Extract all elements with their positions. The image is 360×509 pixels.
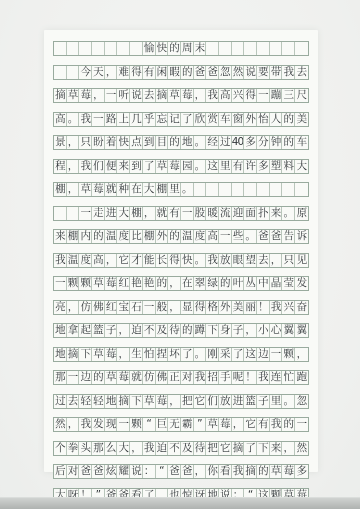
grid-cell: ， [105, 254, 118, 267]
grid-cell: 大 [117, 207, 130, 220]
grid-cell: “ [156, 465, 169, 478]
grid-cell: 的 [168, 230, 181, 243]
grid-cell: 一 [270, 348, 283, 361]
grid-cell: 40 [232, 136, 245, 149]
grid-cell: 快 [181, 254, 194, 267]
grid-cell: 边 [79, 371, 92, 384]
grid-cell: 。 [194, 160, 207, 173]
grid-cell [295, 42, 308, 55]
grid-cell: 刚 [206, 348, 219, 361]
grid-cell: 手 [219, 371, 232, 384]
grid-cell: 发 [295, 277, 308, 290]
grid-cell: 仿 [79, 301, 92, 314]
grid-cell: 里 [270, 395, 283, 408]
grid-cell: 招 [206, 371, 219, 384]
grid-cell: 炫 [105, 465, 118, 478]
grid-cell: 棚 [143, 230, 156, 243]
grid-cell: 草 [270, 465, 283, 478]
grid-cell: 的 [282, 418, 295, 431]
grid-cell: 小 [257, 324, 270, 337]
grid-cell: 轻 [92, 395, 105, 408]
grid-cell: 这 [206, 160, 219, 173]
grid-cell: 佛 [92, 301, 105, 314]
grid-cell: 起 [79, 324, 92, 337]
grid-cell: 爸 [92, 465, 105, 478]
grid-cell: 中 [257, 277, 270, 290]
grid-cell: 放 [219, 254, 232, 267]
grid-cell: 子 [257, 395, 270, 408]
grid-cell [244, 42, 257, 55]
grid-cell: 一 [295, 418, 308, 431]
grid-cell: ， [232, 418, 245, 431]
grid-cell: ， [143, 207, 156, 220]
grid-cell: 我 [194, 371, 207, 384]
grid-cell: 身 [219, 324, 232, 337]
grid-cell: 记 [168, 113, 181, 126]
grid-cell: 对 [181, 371, 194, 384]
grid-cell: 外 [219, 301, 232, 314]
grid-cell: 莓 [156, 395, 169, 408]
grid-cell: 我 [270, 301, 283, 314]
grid-cell: 这 [244, 348, 257, 361]
grid-cell: 愉 [143, 42, 156, 55]
grid-cell: 待 [168, 324, 181, 337]
grid-cell: 大 [143, 183, 156, 196]
grid-cell: 得 [194, 301, 207, 314]
grid-cell: 一 [219, 230, 232, 243]
grid-cell: 颗 [67, 277, 80, 290]
grid-cell: 塑 [270, 160, 283, 173]
grid-cell: 去 [257, 254, 270, 267]
grid-cell: 兴 [282, 301, 295, 314]
grid-cell: 然 [295, 442, 308, 455]
grid-cell: 无 [168, 418, 181, 431]
grid-cell: 有 [257, 418, 270, 431]
grid-cell: ， [130, 442, 143, 455]
grid-cell: 得 [168, 254, 181, 267]
grid-cell: 股 [194, 207, 207, 220]
grid-cell: 度 [79, 254, 92, 267]
grid-cell: 摘 [67, 348, 80, 361]
grid-cell: 长 [156, 254, 169, 267]
grid-cell: 不 [143, 324, 156, 337]
grid-cell: 颗 [130, 418, 143, 431]
essay-text-row: 景，只盼着快点到目的地。经过40多分钟的车 [53, 135, 309, 150]
grid-cell: 把 [181, 395, 194, 408]
grid-cell: 着 [105, 136, 118, 149]
grid-cell: 莓 [79, 89, 92, 102]
grid-cell [206, 42, 219, 55]
photo-bottom-edge [0, 497, 360, 509]
grid-cell: 正 [168, 371, 181, 384]
grid-cell: 那 [54, 371, 67, 384]
grid-cell [105, 42, 118, 55]
essay-text-row: 一颗颗草莓红艳艳的，在翠绿的叶丛中晶莹发 [53, 276, 309, 291]
grid-cell: 钟 [270, 136, 283, 149]
grid-cell: 度 [117, 230, 130, 243]
grid-cell: 下 [130, 395, 143, 408]
grid-cell: 目 [156, 136, 169, 149]
grid-cell: 草 [105, 371, 118, 384]
grid-cell: 迫 [130, 324, 143, 337]
grid-cell: 有 [143, 66, 156, 79]
grid-cell: 拿 [67, 324, 80, 337]
grid-cell: 车 [219, 113, 232, 126]
grid-cell: 草 [79, 183, 92, 196]
grid-cell: 大 [117, 442, 130, 455]
grid-cell: 到 [130, 160, 143, 173]
grid-cell: 然 [232, 66, 245, 79]
grid-cell: 外 [244, 113, 257, 126]
grid-cell: 来 [54, 230, 67, 243]
grid-cell [206, 183, 219, 196]
grid-cell: 只 [282, 254, 295, 267]
grid-cell: 在 [181, 277, 194, 290]
grid-cell: 爸 [79, 465, 92, 478]
grid-cell: 采 [219, 348, 232, 361]
essay-text-row: 一走进大棚，就有一股暖流迎面扑来。原 [53, 206, 309, 221]
grid-cell: 尺 [295, 89, 308, 102]
grid-cell: 及 [181, 442, 194, 455]
grid-cell [244, 183, 257, 196]
grid-cell: 草 [92, 277, 105, 290]
grid-cell: 待 [194, 442, 207, 455]
grid-cell: 佛 [156, 371, 169, 384]
grid-cell: ， [194, 89, 207, 102]
grid-cell: 乎 [143, 113, 156, 126]
grid-cell: 头 [79, 442, 92, 455]
grid-cell: 难 [117, 66, 130, 79]
grid-cell: 内 [79, 230, 92, 243]
grid-cell: 见 [295, 254, 308, 267]
grid-cell: 拳 [67, 442, 80, 455]
grid-cell: ， [67, 418, 80, 431]
grid-cell: 忙 [282, 371, 295, 384]
grid-cell: 的 [181, 324, 194, 337]
grid-cell: 连 [270, 371, 283, 384]
grid-cell: 过 [219, 136, 232, 149]
grid-cell: 一 [143, 301, 156, 314]
grid-cell: 暖 [206, 207, 219, 220]
grid-cell: 的 [92, 371, 105, 384]
grid-cell: ， [105, 66, 118, 79]
grid-cell: 下 [79, 348, 92, 361]
grid-cell: 丛 [244, 277, 257, 290]
grid-cell: 它 [194, 395, 207, 408]
essay-text-row: 棚，草莓就种在大棚里。 [53, 182, 309, 197]
grid-cell: 我 [143, 442, 156, 455]
grid-cell: 忘 [156, 113, 169, 126]
grid-cell: 才 [130, 254, 143, 267]
grid-cell: 草 [206, 418, 219, 431]
grid-cell: 摘 [156, 89, 169, 102]
grid-cell: 边 [257, 348, 270, 361]
grid-cell: 人 [270, 113, 283, 126]
grid-cell: 进 [105, 207, 118, 220]
grid-cell: 度 [194, 230, 207, 243]
grid-cell: 石 [130, 301, 143, 314]
grid-cell: 巨 [156, 418, 169, 431]
grid-cell: 几 [130, 113, 143, 126]
grid-cell [257, 42, 270, 55]
grid-cell: 绿 [206, 277, 219, 290]
grid-cell: 大 [295, 160, 308, 173]
grid-cell: 眼 [232, 254, 245, 267]
grid-cell: 路 [105, 113, 118, 126]
grid-cell: 颗 [79, 277, 92, 290]
grid-cell: 莓 [92, 183, 105, 196]
grid-cell: 般 [156, 301, 169, 314]
essay-text-row: 程，我们便来到了草莓园。这里有许多塑料大 [53, 159, 309, 174]
grid-cell: 怡 [257, 113, 270, 126]
grid-cell: 了 [232, 348, 245, 361]
grid-cell: 的 [92, 230, 105, 243]
grid-cell: ： [143, 465, 156, 478]
grid-cell: 快 [156, 42, 169, 55]
grid-cell: 来 [270, 207, 283, 220]
grid-cell: 的 [168, 42, 181, 55]
essay-text-row: 过去轻轻地摘下草莓，把它们放进篮子里。忽 [53, 394, 309, 409]
grid-cell: 莓 [219, 418, 232, 431]
grid-cell: ， [295, 348, 308, 361]
grid-cell: 说 [130, 465, 143, 478]
grid-cell: 叶 [232, 277, 245, 290]
grid-cell: 子 [232, 324, 245, 337]
grid-cell: 点 [130, 136, 143, 149]
grid-cell: ！ [257, 301, 270, 314]
grid-cell: 了 [244, 442, 257, 455]
grid-cell: 现 [105, 418, 118, 431]
grid-cell: 下 [257, 442, 270, 455]
grid-cell: 美 [295, 113, 308, 126]
grid-cell: 它 [244, 418, 257, 431]
photo-background: 愉快的周末今天，难得有闲暇的爸爸忽然说要带我去摘草莓，一听说去摘草莓，我高兴得一… [0, 0, 360, 509]
grid-cell: 棚 [130, 207, 143, 220]
grid-cell: 去 [295, 66, 308, 79]
grid-cell: 来 [270, 442, 283, 455]
grid-cell: 走 [92, 207, 105, 220]
grid-cell: 一 [257, 89, 270, 102]
grid-cell: 快 [117, 136, 130, 149]
grid-cell [54, 42, 67, 55]
grid-cell: 的 [181, 66, 194, 79]
grid-cell: ， [117, 348, 130, 361]
grid-cell: 料 [282, 160, 295, 173]
grid-cell: 爸 [181, 465, 194, 478]
grid-cell: 。 [282, 395, 295, 408]
grid-cell: 晶 [270, 277, 283, 290]
grid-cell: 程 [54, 160, 67, 173]
grid-cell: 迫 [156, 442, 169, 455]
essay-text-row: 后对爸爸炫耀说：“爸爸，你看我摘的草莓多 [53, 464, 309, 479]
grid-cell: 后 [54, 465, 67, 478]
grid-cell: 呢 [232, 371, 245, 384]
grid-cell: 子 [105, 324, 118, 337]
grid-cell: 忽 [219, 66, 232, 79]
grid-cell: 亮 [54, 301, 67, 314]
grid-cell: 的 [282, 113, 295, 126]
grid-cell: 发 [92, 418, 105, 431]
grid-cell: 棚 [67, 230, 80, 243]
essay-text-row: 地摘下草莓，生怕捏坏了。刚采了这边一颗， [53, 347, 309, 362]
grid-cell: 放 [219, 395, 232, 408]
grid-cell: 的 [257, 465, 270, 478]
grid-cell [67, 42, 80, 55]
grid-cell: 我 [206, 254, 219, 267]
grid-cell: 一 [92, 113, 105, 126]
grid-cell [67, 207, 80, 220]
essay-text-row: 那一边的草莓就仿佛正对我招手呢！我连忙跑 [53, 370, 309, 385]
grid-cell: 外 [156, 230, 169, 243]
grid-cell [232, 42, 245, 55]
grid-cell [194, 183, 207, 196]
grid-cell: 莹 [282, 277, 295, 290]
grid-cell: 一 [105, 89, 118, 102]
grid-cell: 。 [194, 348, 207, 361]
grid-cell: 一 [54, 277, 67, 290]
grid-cell: 一 [67, 371, 80, 384]
grid-cell: 莓 [117, 371, 130, 384]
grid-cell: 翼 [282, 324, 295, 337]
grid-cell: 篮 [244, 395, 257, 408]
grid-cell: 里 [168, 183, 181, 196]
grid-cell: 然 [54, 418, 67, 431]
grid-cell: 过 [54, 395, 67, 408]
grid-cell: 。 [67, 113, 80, 126]
grid-cell [219, 183, 232, 196]
grid-cell: 我 [282, 66, 295, 79]
grid-cell: 得 [130, 66, 143, 79]
grid-cell: 兴 [232, 89, 245, 102]
essay-text-row: 今天，难得有闲暇的爸爸忽然说要带我去 [53, 65, 309, 80]
grid-cell: 莓 [168, 160, 181, 173]
grid-cell: 了 [181, 348, 194, 361]
grid-cell [270, 183, 283, 196]
grid-cell: 末 [194, 42, 207, 55]
grid-cell: 三 [282, 89, 295, 102]
grid-cell: 爸 [206, 66, 219, 79]
grid-cell: 便 [105, 160, 118, 173]
grid-cell: 摘 [54, 89, 67, 102]
grid-cell: 说 [130, 89, 143, 102]
grid-cell: 我 [270, 418, 283, 431]
grid-cell: 它 [117, 254, 130, 267]
grid-cell: 些 [232, 230, 245, 243]
grid-cell: 在 [130, 183, 143, 196]
grid-cell: 一 [117, 418, 130, 431]
grid-cell: 莓 [105, 348, 118, 361]
grid-cell: 心 [270, 324, 283, 337]
grid-cell: 了 [143, 160, 156, 173]
grid-cell: 上 [117, 113, 130, 126]
grid-cell [295, 183, 308, 196]
grid-cell [130, 42, 143, 55]
grid-cell: 经 [206, 136, 219, 149]
grid-cell: 扑 [257, 207, 270, 220]
grid-cell: 暇 [168, 66, 181, 79]
grid-cell: 今 [79, 66, 92, 79]
grid-cell: 及 [156, 324, 169, 337]
grid-cell: 周 [181, 42, 194, 55]
grid-cell: 草 [67, 89, 80, 102]
grid-cell: 那 [92, 442, 105, 455]
grid-cell: 翼 [295, 324, 308, 337]
grid-cell: 草 [168, 89, 181, 102]
grid-cell: ” [194, 418, 207, 431]
grid-cell [282, 183, 295, 196]
grid-cell: 要 [257, 66, 270, 79]
grid-cell: 原 [295, 207, 308, 220]
grid-cell: 去 [67, 395, 80, 408]
grid-cell: 就 [130, 371, 143, 384]
essay-text-row: 来棚内的温度比棚外的温度高一些。爸爸告诉 [53, 229, 309, 244]
grid-cell: 爸 [168, 465, 181, 478]
grid-cell: 赏 [206, 113, 219, 126]
grid-cell: 红 [117, 277, 130, 290]
grid-cell: 地 [54, 324, 67, 337]
grid-cell: ！ [244, 371, 257, 384]
grid-cell: 来 [117, 160, 130, 173]
grid-cell: “ [143, 418, 156, 431]
grid-cell: 红 [105, 301, 118, 314]
grid-cell: 我 [232, 465, 245, 478]
grid-cell: 丽 [244, 301, 257, 314]
grid-cell: 下 [206, 324, 219, 337]
grid-cell: 天 [92, 66, 105, 79]
grid-cell: 多 [257, 160, 270, 173]
grid-cell: 我 [79, 113, 92, 126]
grid-cell: 就 [105, 183, 118, 196]
grid-cell: 奋 [295, 301, 308, 314]
grid-cell: 说 [244, 66, 257, 79]
grid-cell: 迎 [232, 207, 245, 220]
grid-cell [270, 42, 283, 55]
grid-cell: 到 [143, 136, 156, 149]
grid-cell: 艳 [143, 277, 156, 290]
grid-cell: 我 [54, 254, 67, 267]
essay-text-row: 然，我发现一颗“巨无霸”草莓，它有我的一 [53, 417, 309, 432]
grid-cell: ， [168, 277, 181, 290]
grid-cell [79, 42, 92, 55]
grid-cell: 跑 [295, 371, 308, 384]
grid-cell: 轻 [79, 395, 92, 408]
grid-cell: 我 [79, 160, 92, 173]
grid-cell: 格 [206, 301, 219, 314]
grid-cell [54, 207, 67, 220]
grid-cell: ， [67, 160, 80, 173]
grid-cell: 我 [79, 418, 92, 431]
grid-cell: 的 [156, 277, 169, 290]
composition-grid: 愉快的周末今天，难得有闲暇的爸爸忽然说要带我去摘草莓，一听说去摘草莓，我高兴得一… [53, 41, 309, 503]
grid-cell: 蹲 [194, 324, 207, 337]
grid-cell: 闲 [156, 66, 169, 79]
grid-cell: 高 [92, 254, 105, 267]
grid-cell [219, 42, 232, 55]
grid-cell: 一 [181, 207, 194, 220]
grid-cell [54, 66, 67, 79]
grid-cell: 摘 [232, 442, 245, 455]
grid-cell: 你 [206, 465, 219, 478]
grid-cell: 的 [219, 277, 232, 290]
grid-cell: 草 [143, 395, 156, 408]
grid-cell: 温 [181, 230, 194, 243]
grid-cell: 对 [67, 465, 80, 478]
grid-cell: 有 [168, 207, 181, 220]
grid-cell: 爸 [194, 66, 207, 79]
grid-cell: 了 [181, 113, 194, 126]
grid-cell: 们 [92, 160, 105, 173]
grid-cell: ， [244, 324, 257, 337]
